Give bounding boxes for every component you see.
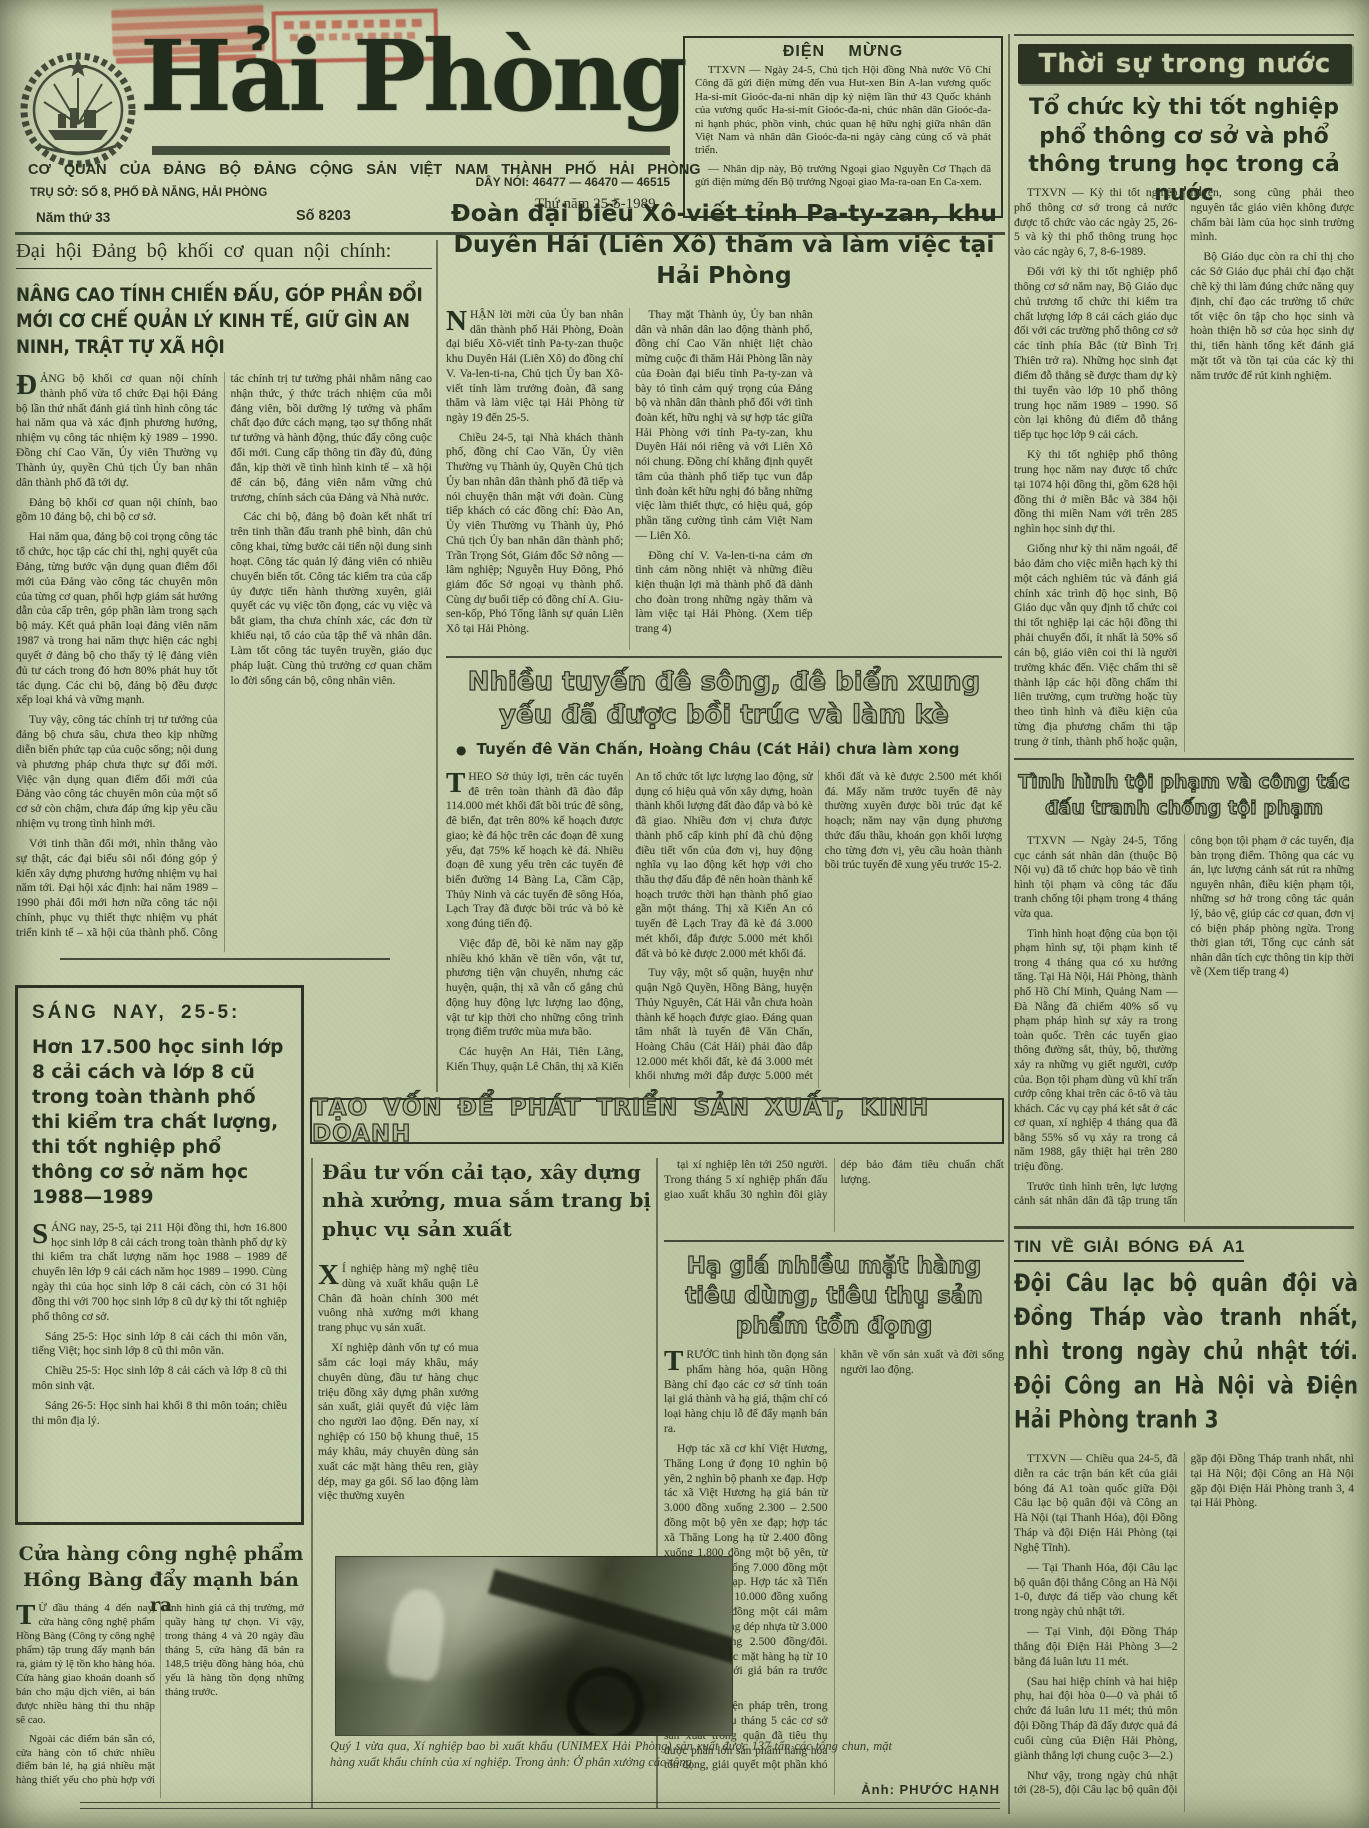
lead-article-end-rule [60,958,390,960]
exam-box-headline: Hơn 17.500 học sinh lớp 8 cải cách và lớ… [32,1036,287,1211]
lead-article-headline: NÂNG CAO TÍNH CHIẾN ĐẤU, GÓP PHẦN ĐỔI MỚ… [16,282,433,361]
football-section-rule [1014,1226,1354,1229]
right-section-top-rule [1014,34,1354,36]
telegram-title: ĐIỆN MỪNG [695,43,991,61]
football-headline: Đội Câu lạc bộ quân đội và Đồng Tháp vào… [1014,1266,1358,1437]
capital-section-banner: TẠO VỐN ĐỂ PHÁT TRIỂN SẢN XUẤT, KINH DOA… [310,1098,1004,1144]
congratulation-telegram-box: ĐIỆN MỪNG TTXVN — Ngày 24-5, Chủ tịch Hộ… [683,36,1003,218]
capital-banner-label: TẠO VỐN ĐỂ PHÁT TRIỂN SẢN XUẤT, KINH DOA… [312,1095,1002,1147]
masthead-rule [152,146,670,155]
crime-article-rule [1014,758,1354,760]
machine-wheel [566,1667,644,1736]
invest-article-body: XÍ nghiệp hàng mỹ nghệ tiêu dùng và xuất… [318,1262,652,1554]
newspaper-title: Hải Phòng [140,18,700,158]
national-news-banner-label: Thời sự trong nước [1039,49,1332,79]
column-rule-main [1008,34,1010,1814]
phone-line: DÂY NÓI: 46477 — 46470 — 46515 [360,175,670,189]
photo-caption: Quý 1 vừa qua, Xí nghiệp bao bì xuất khẩ… [330,1738,892,1771]
crime-article-headline: Tình hình tội phạm và công tác đấu tranh… [1014,770,1354,821]
football-body: TTXVN — Chiều qua 24-5, đã diễn ra các t… [1014,1452,1354,1812]
column-rule-left [436,240,438,1092]
bottom-rule [80,1802,1000,1809]
football-section-label: TIN VỀ GIẢI BÓNG ĐÁ A1 [1014,1237,1244,1262]
dike-bullet-text: Tuyến đê Văn Chấn, Hoàng Châu (Cát Hải) … [476,740,959,758]
dike-article-rule [446,656,1002,658]
discount-article-rule [664,1240,1004,1242]
dike-article-headline: Nhiều tuyến đê sông, đê biển xung yếu đã… [446,666,1002,733]
photo-credit: Ảnh: PHƯỚC HẠNH [770,1782,1000,1797]
exam-article-body: TTXVN — Kỳ thi tốt nghiệp phổ thông cơ s… [1014,186,1354,752]
crime-article-body: TTXVN — Ngày 24-5, Tổng cục cảnh sát nhâ… [1014,834,1354,1222]
national-news-banner: Thời sự trong nước [1018,44,1352,84]
invest-article-continuation: tại xí nghiệp lên tới 250 người. Trong t… [664,1158,1004,1232]
discount-article-headline: Hạ giá nhiều mặt hàng tiêu dùng, tiêu th… [664,1252,1004,1342]
exam-box-body: SÁNG nay, 25-5, tại 211 Hội đồng thi, hơ… [32,1221,287,1434]
address-line: TRỤ SỞ: SỐ 8, PHỐ ĐÀ NẴNG, HẢI PHÒNG [30,187,267,199]
newspaper-page: Hải Phòng CƠ QUAN CỦA ĐẢNG BỘ ĐẢNG CỘNG … [0,0,1369,1828]
soviet-article-body: NHẬN lời mời của Ủy ban nhân dân thành p… [446,308,1002,650]
worker-figure [385,1586,449,1682]
telegram-body: TTXVN — Ngày 24-5, Chủ tịch Hội đồng Nhà… [695,64,991,195]
dike-article-bullet-line: ●Tuyến đê Văn Chấn, Hoàng Châu (Cát Hải)… [456,740,1002,758]
column-rule-mid-left [311,1158,313,1808]
issue-number: Số 8203 [296,208,351,224]
bullet-icon: ● [456,743,466,757]
dike-article-body: THEO Sở thủy lợi, trên các tuyến đê trên… [446,770,1002,1088]
store-article-body: TỪ đầu tháng 4 đến nay, cửa hàng công ng… [16,1602,304,1798]
lead-article-kicker: Đại hội Đảng bộ khối cơ quan nội chính: [16,240,432,269]
publication-year-line: Năm thứ 33 [36,210,110,225]
invest-article-headline: Đầu tư vốn cải tạo, xây dựng nhà xưởng, … [322,1158,654,1243]
soviet-article-headline: Đoàn đại biểu Xô-viết tỉnh Pa-ty-zan, kh… [446,198,1002,291]
haiphong-emblem-icon [18,44,138,174]
machine-arm [488,1569,733,1669]
factory-photo [335,1556,733,1736]
exam-box-label: SÁNG NAY, 25-5: [32,1002,287,1024]
local-exam-box: SÁNG NAY, 25-5: Hơn 17.500 học sinh lớp … [15,985,304,1525]
lead-article-body: ĐẢNG bộ khối cơ quan nội chính thành phố… [16,372,432,952]
